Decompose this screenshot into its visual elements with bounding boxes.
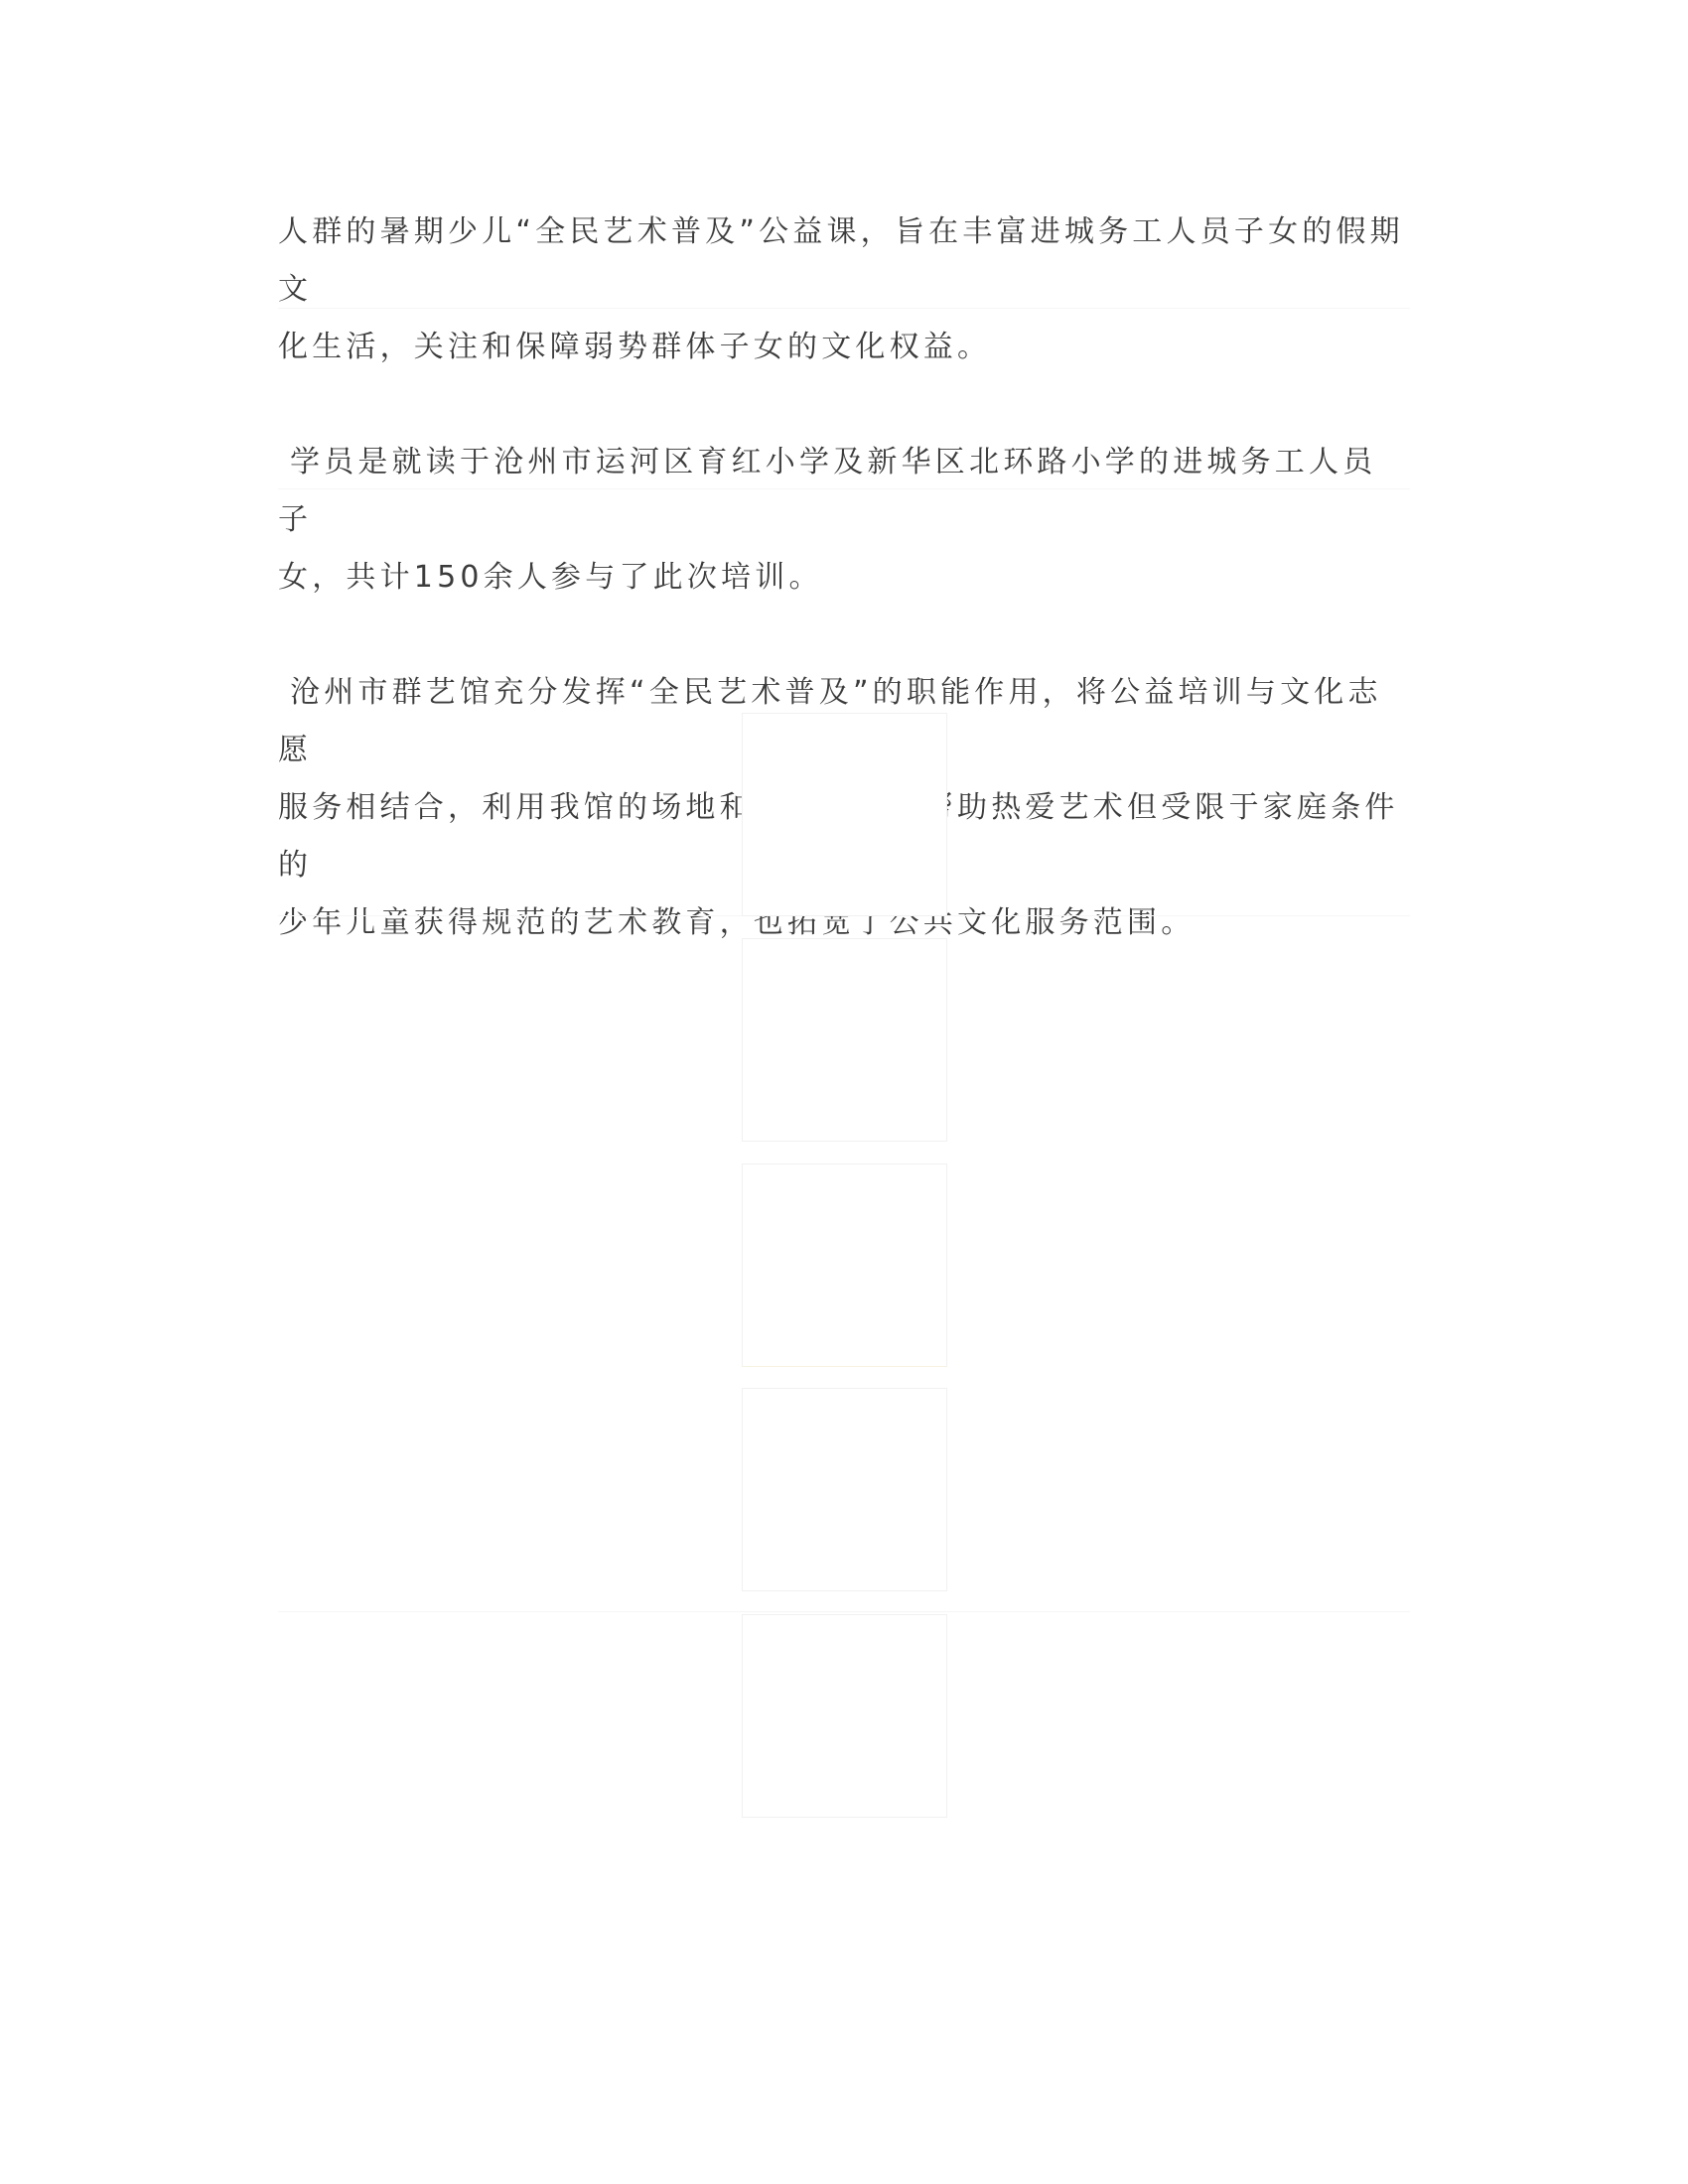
paragraph-line: 少年儿童获得规范的艺术教育，也拓宽了公共文化服务范围。: [278, 905, 1195, 940]
image-placeholder-3[interactable]: [742, 1163, 947, 1367]
divider: [278, 488, 1410, 489]
paragraph-line: 人群的暑期少儿“全民艺术普及”公益课，旨在丰富进城务工人员子女的假期文: [278, 214, 1404, 307]
image-placeholder-1[interactable]: [742, 713, 947, 916]
image-placeholder-4[interactable]: [742, 1388, 947, 1591]
image-placeholder-5[interactable]: [742, 1614, 947, 1818]
image-placeholder-2[interactable]: [742, 938, 947, 1142]
paragraph-line: 女，共计150余人参与了此次培训。: [278, 560, 823, 595]
paragraph-line: 学员是就读于沧州市运河区育红小学及新华区北环路小学的进城务工人员子: [278, 445, 1376, 537]
paragraph-2: 学员是就读于沧州市运河区育红小学及新华区北环路小学的进城务工人员子 女，共计15…: [278, 434, 1410, 607]
divider: [278, 1611, 1410, 1612]
paragraph-line: 化生活，关注和保障弱势群体子女的文化权益。: [278, 330, 991, 364]
paragraph-1: 人群的暑期少儿“全民艺术普及”公益课，旨在丰富进城务工人员子女的假期文 化生活，…: [278, 204, 1410, 376]
divider: [278, 308, 1410, 309]
